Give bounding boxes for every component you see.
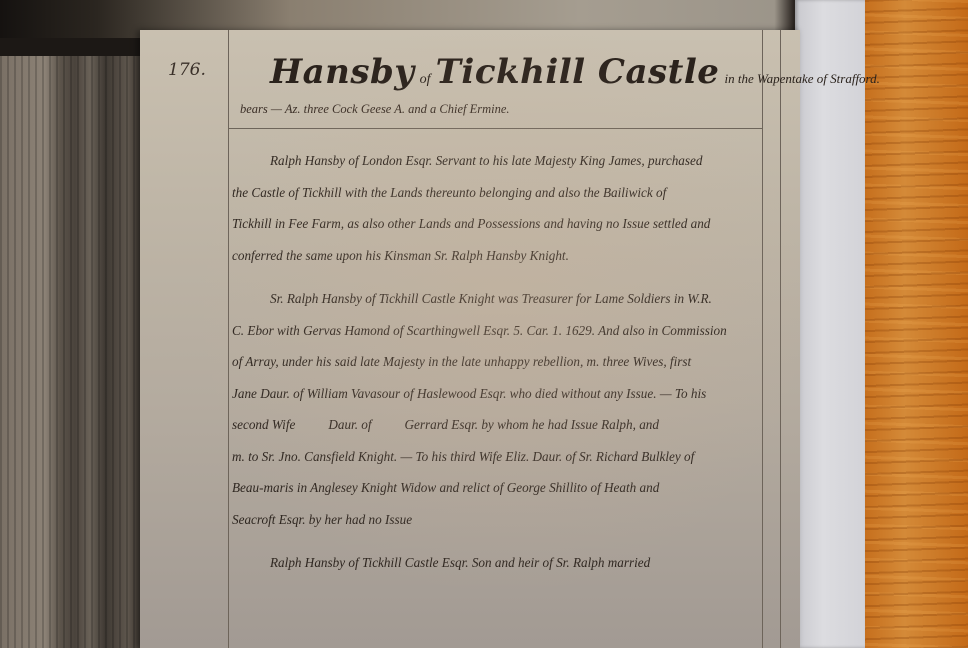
text-line: Ralph Hansby of London Esqr. Servant to … xyxy=(232,145,772,177)
coat-of-arms-blazon: bears — Az. three Cock Geese A. and a Ch… xyxy=(240,102,510,117)
text-line: Beau-maris in Anglesey Knight Widow and … xyxy=(232,472,772,504)
title-of: of xyxy=(420,72,431,87)
paragraph-1: Ralph Hansby of London Esqr. Servant to … xyxy=(232,145,772,271)
text-line: Tickhill in Fee Farm, as also other Land… xyxy=(232,208,772,240)
text-line: Seacroft Esqr. by her had no Issue xyxy=(232,504,772,536)
header-rule xyxy=(228,128,762,129)
paragraph-3: Ralph Hansby of Tickhill Castle Esqr. So… xyxy=(232,547,772,579)
manuscript-page: 176. Hansby of Tickhill Castle in the Wa… xyxy=(140,30,800,648)
left-margin-rule xyxy=(228,30,229,648)
title-subtitle: in the Wapentake of Strafford. xyxy=(725,71,880,86)
title-place: Tickhill Castle xyxy=(436,52,720,92)
outer-margin-rule xyxy=(780,30,781,648)
page-number: 176. xyxy=(168,60,206,80)
text-line: second Wife Daur. of Gerrard Esqr. by wh… xyxy=(232,409,772,441)
text-line: m. to Sr. Jno. Cansfield Knight. — To hi… xyxy=(232,441,772,473)
book-page-edges xyxy=(0,45,150,648)
book-top-shadow xyxy=(0,38,150,56)
text-line: the Castle of Tickhill with the Lands th… xyxy=(232,177,772,209)
wooden-table xyxy=(862,0,968,648)
text-line: conferred the same upon his Kinsman Sr. … xyxy=(232,240,772,272)
white-paper-sheet xyxy=(795,0,865,648)
text-line: Sr. Ralph Hansby of Tickhill Castle Knig… xyxy=(232,283,772,315)
paragraph-2: Sr. Ralph Hansby of Tickhill Castle Knig… xyxy=(232,283,772,535)
manuscript-body: Ralph Hansby of London Esqr. Servant to … xyxy=(232,145,772,579)
text-line: Ralph Hansby of Tickhill Castle Esqr. So… xyxy=(232,547,772,579)
title-surname: Hansby xyxy=(270,52,415,92)
text-line: Jane Daur. of William Vavasour of Haslew… xyxy=(232,378,772,410)
text-line: C. Ebor with Gervas Hamond of Scarthingw… xyxy=(232,315,772,347)
page-title: Hansby of Tickhill Castle in the Wapenta… xyxy=(270,52,880,92)
text-line: of Array, under his said late Majesty in… xyxy=(232,346,772,378)
